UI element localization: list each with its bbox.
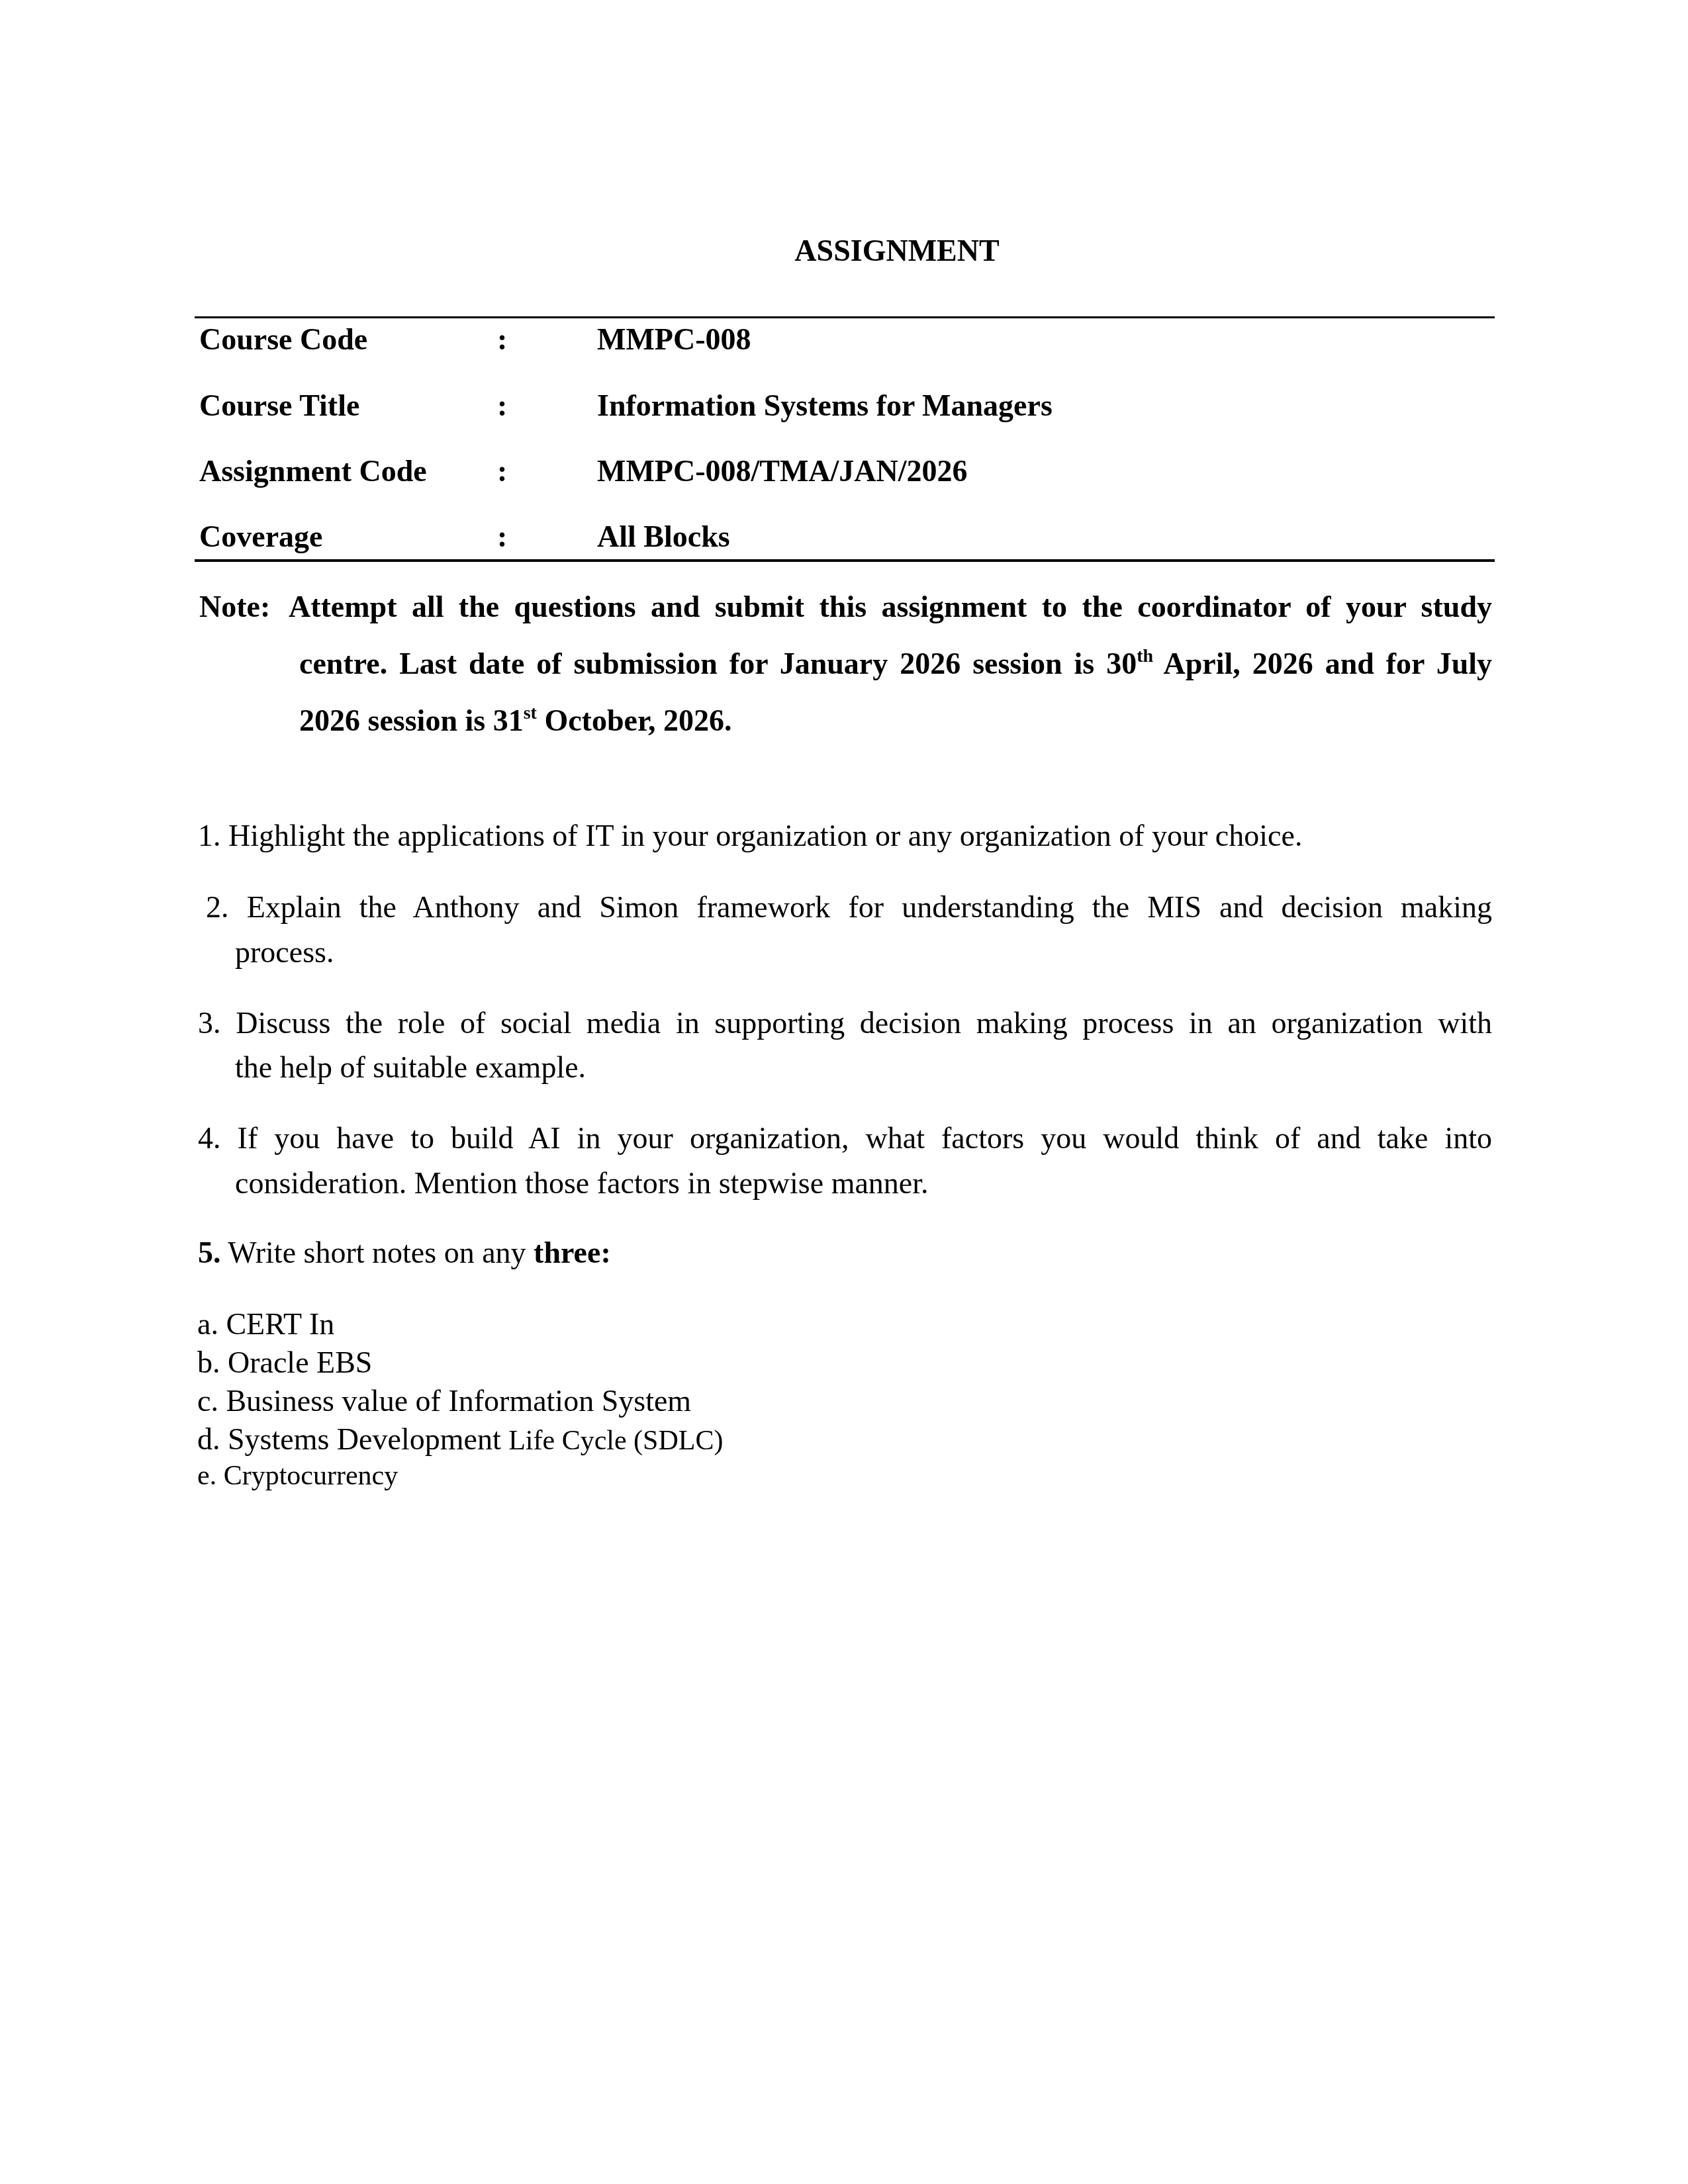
table-top-rule	[195, 316, 1495, 318]
info-separator: :	[497, 453, 507, 488]
question-2-line-1: 2. Explain the Anthony and Simon framewo…	[206, 889, 1492, 925]
info-separator: :	[497, 322, 507, 357]
note-line-2: centre. Last date of submission for Janu…	[299, 646, 1492, 681]
question-2-line-2: process.	[235, 934, 334, 970]
question-3-line-2: the help of suitable example.	[235, 1050, 586, 1085]
info-label: Course Title	[199, 388, 359, 423]
info-value: Information Systems for Managers	[597, 388, 1053, 423]
document-title: ASSIGNMENT	[0, 233, 1688, 268]
short-note-a: a. CERT In	[197, 1306, 334, 1342]
info-label: Coverage	[199, 519, 322, 554]
question-5: 5. Write short notes on any three:	[198, 1235, 611, 1270]
table-bottom-rule	[195, 559, 1495, 562]
info-label: Assignment Code	[199, 453, 427, 488]
info-value: MMPC-008	[597, 322, 751, 357]
question-4-line-2: consideration. Mention those factors in …	[235, 1165, 929, 1201]
note-line-3: 2026 session is 31st October, 2026.	[299, 703, 732, 738]
info-separator: :	[497, 388, 507, 423]
note-line-1: Attempt all the questions and submit thi…	[289, 589, 1492, 624]
note-label: Note:	[199, 589, 270, 624]
short-note-b: b. Oracle EBS	[197, 1345, 372, 1380]
short-note-d: d. Systems Development Life Cycle (SDLC)	[197, 1422, 723, 1457]
short-note-e: e. Cryptocurrency	[197, 1460, 398, 1492]
short-note-c: c. Business value of Information System	[197, 1383, 691, 1418]
info-value: MMPC-008/TMA/JAN/2026	[597, 453, 968, 488]
question-4-line-1: 4. If you have to build AI in your organ…	[198, 1120, 1492, 1156]
question-3-line-1: 3. Discuss the role of social media in s…	[198, 1005, 1492, 1040]
info-value: All Blocks	[597, 519, 730, 554]
info-label: Course Code	[199, 322, 367, 357]
info-separator: :	[497, 519, 507, 554]
question-1: 1. Highlight the applications of IT in y…	[198, 818, 1302, 853]
